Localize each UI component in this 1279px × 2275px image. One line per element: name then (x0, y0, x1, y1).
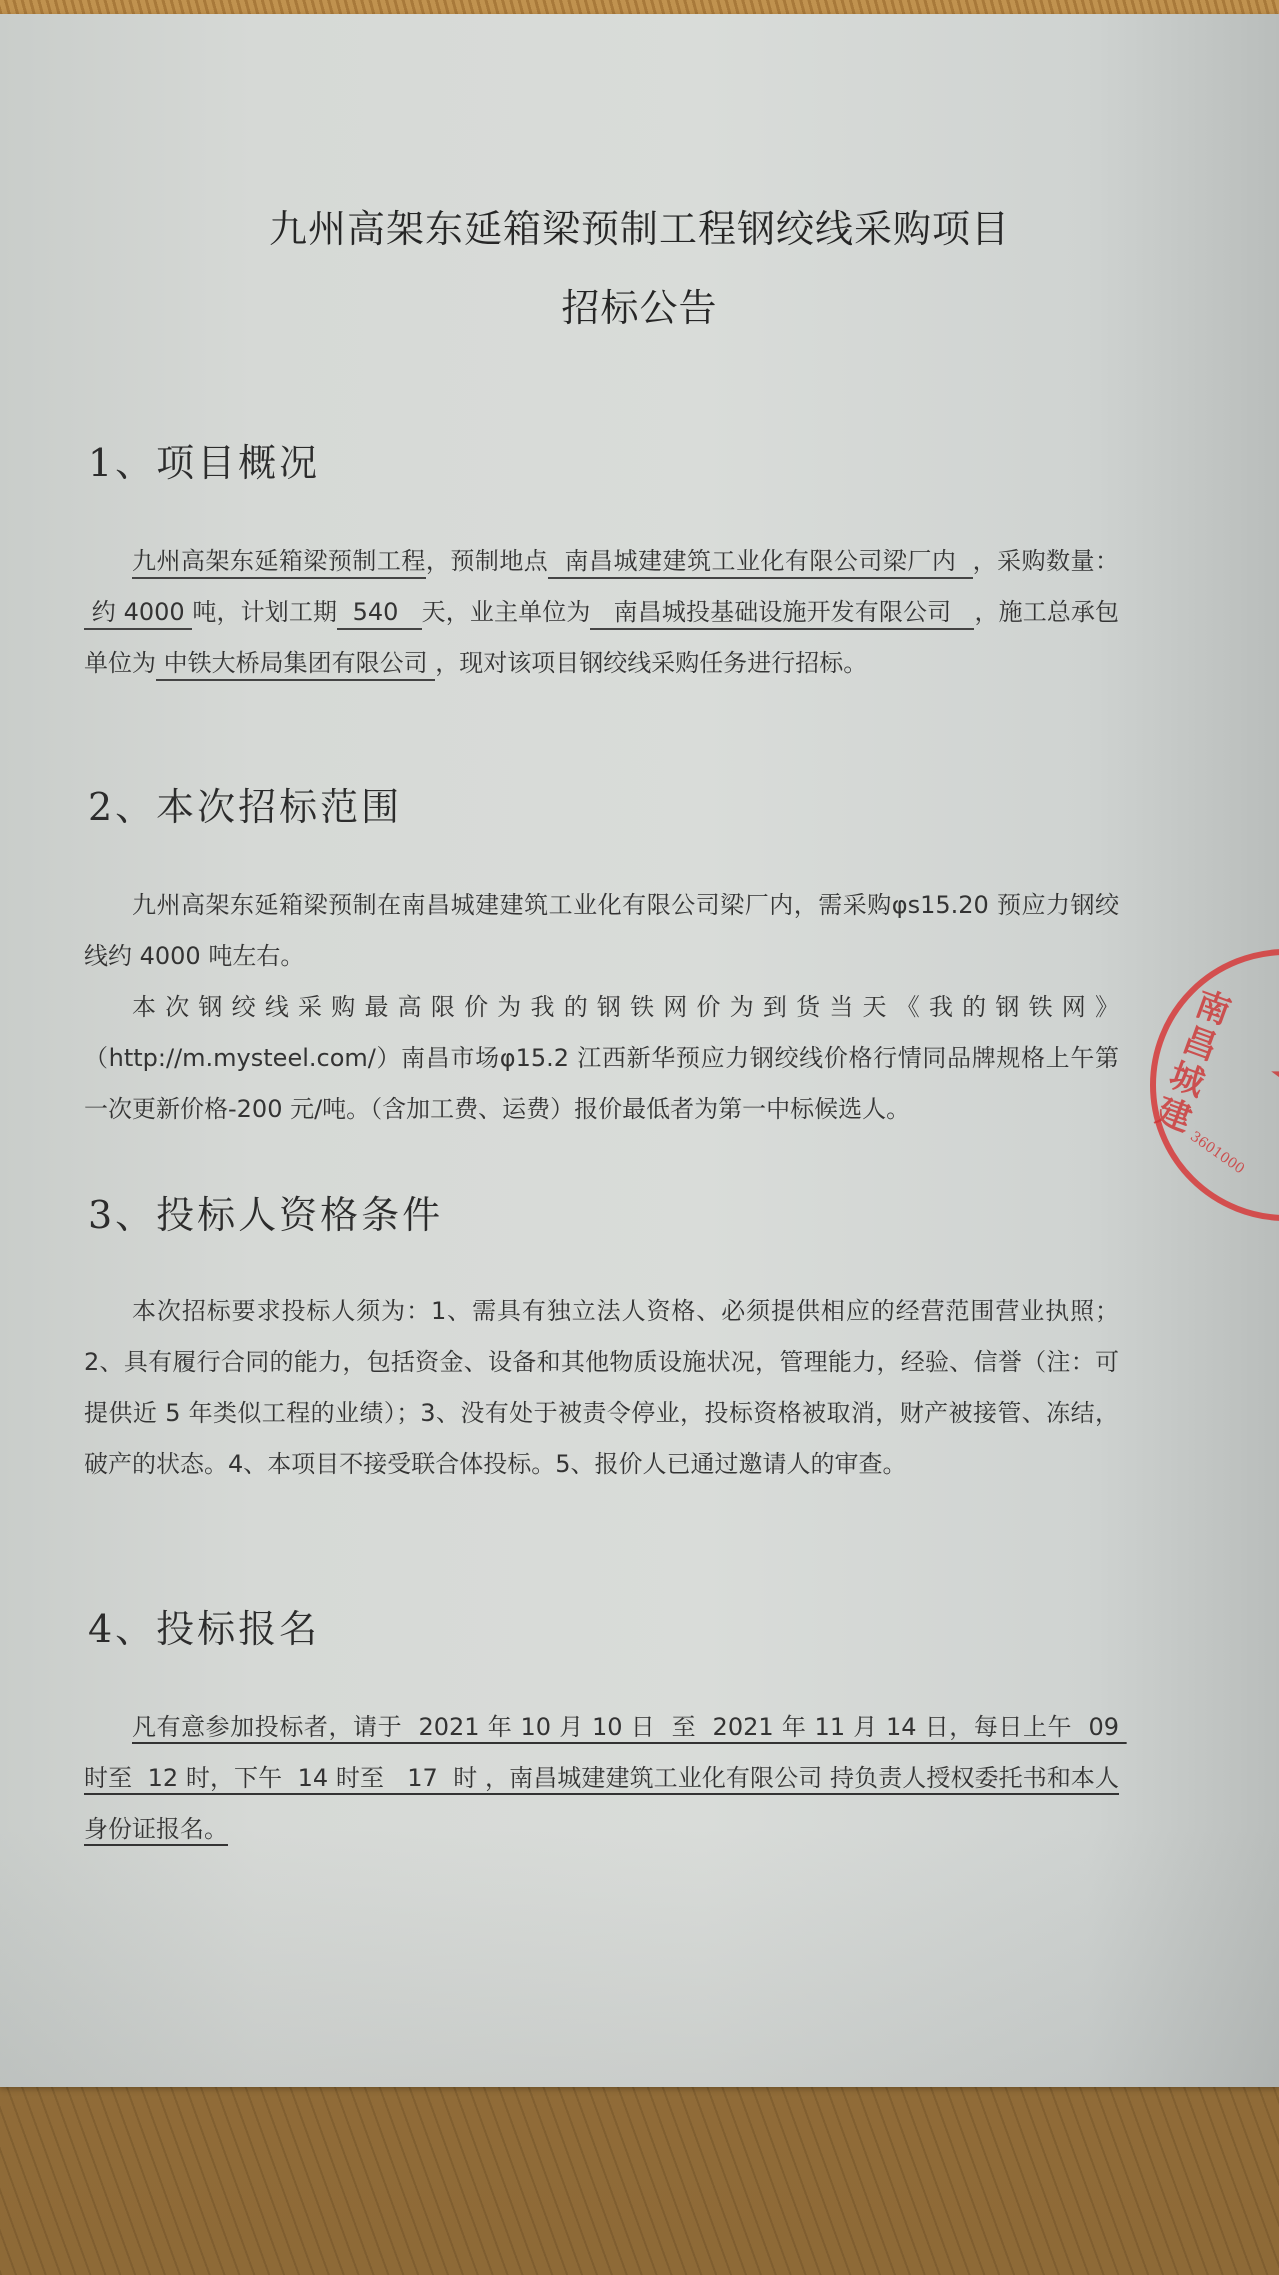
tender-scope-paragraph-2: 本次钢绞线采购最高限价为我的钢铁网价为到货当天《我的钢铁网》（http://m.… (84, 982, 1119, 1135)
section-heading-tender-scope: 2、本次招标范围 (88, 776, 402, 831)
tender-scope-paragraph-1: 九州高架东延箱梁预制在南昌城建建筑工业化有限公司梁厂内，需采购φs15.20 预… (84, 880, 1119, 982)
section-project-overview-paragraph: 九州高架东延箱梁预制工程，预制地点 南昌城建建筑工业化有限公司梁厂内 ，采购数量… (84, 536, 1119, 689)
section-heading-bidder-qualifications: 3、投标人资格条件 (88, 1184, 443, 1239)
label-location: ，预制地点 (426, 547, 548, 575)
quantity-field: 约 4000 (84, 598, 192, 630)
owner-field: 南昌城投基础设施开发有限公司 (590, 598, 974, 630)
wooden-table-bottom (0, 2087, 1279, 2275)
document-subtitle: 招标公告 (0, 277, 1279, 332)
section-heading-registration: 4、投标报名 (88, 1598, 320, 1653)
separator: ， (973, 547, 998, 575)
bidder-qualifications-paragraph: 本次招标要求投标人须为：1、需具有独立法人资格、必须提供相应的经营范围营业执照；… (84, 1286, 1119, 1490)
overview-tail-text: ，现对该项目钢绞线采购任务进行招标。 (435, 649, 867, 677)
star-icon: ★ (1266, 1040, 1279, 1120)
stamp-code: 3601000 (1187, 1129, 1247, 1178)
project-name-field: 九州高架东延箱梁预制工程 (132, 547, 426, 579)
section-heading-project-overview: 1、项目概况 (88, 432, 320, 487)
contractor-field: 中铁大桥局集团有限公司 (156, 649, 435, 681)
document-title: 九州高架东延箱梁预制工程钢绞线采购项目 (0, 198, 1279, 253)
label-owner: 天，业主单位为 (422, 598, 591, 626)
label-quantity: 采购数量： (997, 547, 1119, 575)
label-period: 吨，计划工期 (192, 598, 337, 626)
registration-paragraph: 凡有意参加投标者，请于 2021 年 10 月 10 日 至 2021 年 11… (84, 1702, 1119, 1855)
location-field: 南昌城建建筑工业化有限公司梁厂内 (548, 547, 972, 579)
official-seal-stamp: 南昌城建 ★ 3601000 (1150, 949, 1279, 1221)
paper-sheet: 九州高架东延箱梁预制工程钢绞线采购项目 招标公告 1、项目概况 九州高架东延箱梁… (0, 14, 1279, 2087)
stamp-text: 南昌城建 (1141, 981, 1239, 1141)
period-field: 540 (337, 598, 422, 630)
